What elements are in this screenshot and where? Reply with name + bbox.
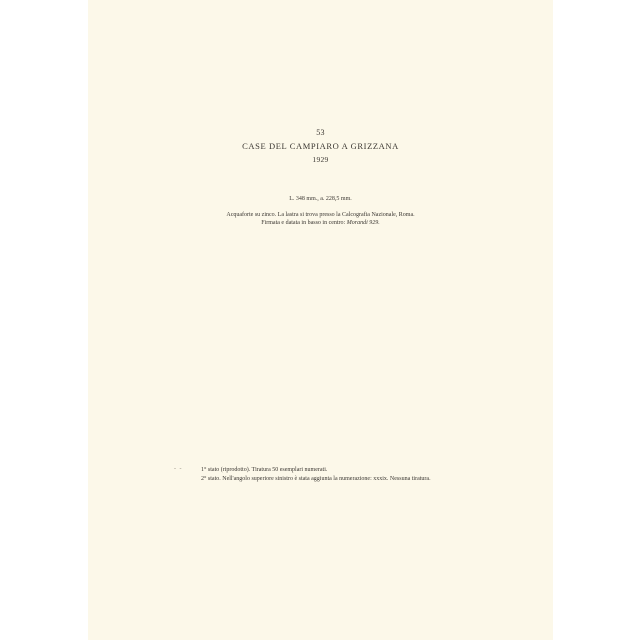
plate-title: CASE DEL CAMPIARO A GRIZZANA (88, 141, 553, 151)
plate-number: 53 (88, 128, 553, 137)
description-line-1: Acquaforte su zinco. La lastra si trova … (88, 211, 553, 219)
plate-dimensions: L. 348 mm., a. 228,5 mm. (88, 196, 553, 202)
plate-year: 1929 (88, 155, 553, 164)
document-page: 53 CASE DEL CAMPIARO A GRIZZANA 1929 L. … (88, 0, 553, 640)
plate-description: Acquaforte su zinco. La lastra si trova … (88, 211, 553, 227)
footnote-mark: - - (174, 466, 183, 472)
states-list: 1° stato (riprodotto). Tiratura 50 esemp… (201, 466, 431, 484)
signature-text: Morandi 929. (347, 220, 380, 226)
signature-note: Firmata e datata in basso in centro: (261, 220, 345, 226)
state-item: 1° stato (riprodotto). Tiratura 50 esemp… (201, 466, 431, 475)
description-line-2: Firmata e datata in basso in centro: Mor… (88, 219, 553, 227)
state-item: 2° stato. Nell'angolo superiore sinistro… (201, 475, 431, 484)
